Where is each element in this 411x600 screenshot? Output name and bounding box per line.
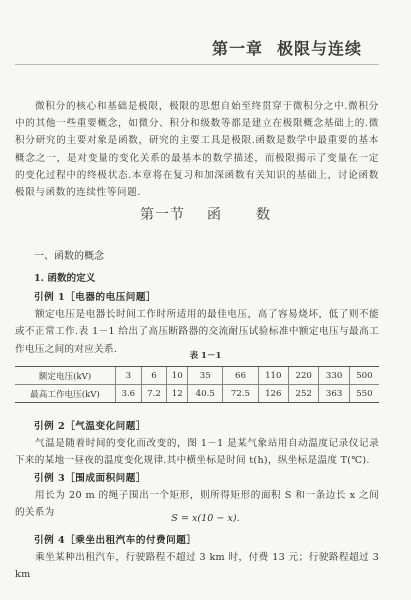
table-cell: 6 bbox=[141, 367, 167, 385]
chapter-number: 第一章 bbox=[212, 39, 263, 58]
table-cell: 126 bbox=[258, 385, 288, 403]
example-2-body: 气温是随着时间的变化而改变的，图 1－1 是某气象站用自动温度记录仪记录下来的某… bbox=[15, 435, 379, 470]
table-row-rated-voltage: 额定电压(kV) 3 6 10 35 66 110 220 330 500 bbox=[15, 367, 379, 385]
area-formula: S = x(10 − x). bbox=[0, 513, 411, 524]
chapter-intro: 微积分的核心和基础是极限，极限的思想自始至终贯穿于微积分之中.微积分中的其他一些… bbox=[15, 98, 379, 201]
table-cell: 220 bbox=[289, 367, 319, 385]
section-number: 第一节 bbox=[140, 207, 185, 223]
table-cell: 12 bbox=[167, 385, 188, 403]
table-cell: 330 bbox=[319, 367, 349, 385]
table-cell: 40.5 bbox=[188, 385, 223, 403]
row-label: 最高工作电压(kV) bbox=[15, 385, 116, 403]
chapter-name: 极限与连续 bbox=[277, 39, 362, 58]
intro-paragraph: 微积分的核心和基础是极限，极限的思想自始至终贯穿于微积分之中.微积分中的其他一些… bbox=[15, 98, 379, 201]
table-cell: 35 bbox=[188, 367, 223, 385]
table-cell: 66 bbox=[223, 367, 258, 385]
example-3-title: 引例 3［围成面积问题］ bbox=[34, 470, 146, 484]
voltage-table: 额定电压(kV) 3 6 10 35 66 110 220 330 500 最高… bbox=[15, 366, 379, 403]
table-cell: 110 bbox=[258, 367, 288, 385]
header-rule bbox=[15, 64, 379, 65]
table-cell: 500 bbox=[349, 367, 379, 385]
table-cell: 3 bbox=[116, 367, 142, 385]
table-cell: 363 bbox=[319, 385, 349, 403]
table-cell: 10 bbox=[167, 367, 188, 385]
subsection-title: 一、函数的概念 bbox=[34, 247, 104, 262]
row-label: 额定电压(kV) bbox=[15, 367, 116, 385]
table-cell: 7.2 bbox=[141, 385, 167, 403]
example-1-title: 引例 1［电器的电压问题］ bbox=[34, 289, 156, 303]
table-cell: 550 bbox=[349, 385, 379, 403]
table-cell: 3.6 bbox=[116, 385, 142, 403]
table-cell: 72.5 bbox=[223, 385, 258, 403]
table-caption: 表 1－1 bbox=[0, 349, 411, 361]
example-4-text: 乘坐某种出租汽车，行驶路程不超过 3 km 时，付费 13 元；行驶路程超过 3… bbox=[15, 549, 379, 584]
example-2-text: 气温是随着时间的变化而改变的，图 1－1 是某气象站用自动温度记录仪记录下来的某… bbox=[15, 435, 379, 470]
item-title: 1. 函数的定义 bbox=[34, 270, 95, 284]
chapter-title: 第一章极限与连续 bbox=[212, 36, 362, 59]
table-cell: 252 bbox=[289, 385, 319, 403]
example-2-title: 引例 2［气温变化问题］ bbox=[34, 418, 146, 432]
table-row-max-voltage: 最高工作电压(kV) 3.6 7.2 12 40.5 72.5 126 252 … bbox=[15, 385, 379, 403]
example-4-title: 引例 4［乘坐出租汽车的付费问题］ bbox=[34, 532, 196, 546]
section-title-part1: 函 bbox=[207, 207, 222, 223]
section-title: 第一节函数 bbox=[0, 204, 411, 224]
section-title-part2: 数 bbox=[256, 207, 271, 223]
example-4-body: 乘坐某种出租汽车，行驶路程不超过 3 km 时，付费 13 元；行驶路程超过 3… bbox=[15, 549, 379, 584]
